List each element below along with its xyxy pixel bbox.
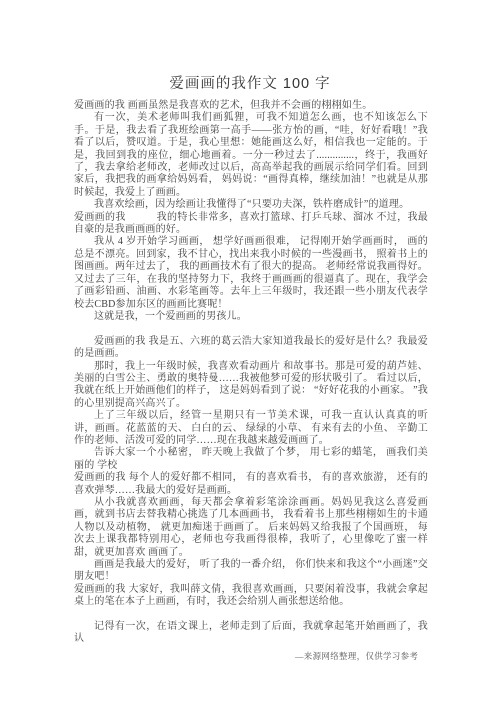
essay-paragraph: 爱画画的我 我是五、六班的葛云浩大家知道我最长的爱好是什么？我最爱的是画画。 <box>74 336 428 361</box>
essay-paragraph: 记得有一次，在语文课上，老师走到了后面，我就拿起笔开始画画了，我认 <box>74 621 428 646</box>
essay-paragraph: 画画是我最大的爱好， 听了我的一番介绍， 你们快来和我这个“小画迷”交朋友吧！ <box>74 559 428 584</box>
footer-note: —来源网络整理，仅供学习参考 <box>295 650 418 662</box>
essay-paragraph: 告诉大家一个小秘密， 昨天晚上我做了个梦， 用七彩的蜡笔， 画我们美丽的 学校 <box>74 447 428 472</box>
essay-paragraph: 那时，我上一年级时候，我喜欢看动画片 和故事书。那是可爱的葫芦娃、美丽的白雪公主… <box>74 361 428 411</box>
essay-body: 爱画画的我 画画虽然是我喜欢的艺术，但我并不会画的栩栩如生。 有一次，美术老师叫… <box>74 100 428 646</box>
page-title: 爱画画的我作文 100 字 <box>0 0 500 93</box>
essay-paragraph: 爱画画的我 画画虽然是我喜欢的艺术，但我并不会画的栩栩如生。 <box>74 100 428 112</box>
essay-paragraph: 从小我就喜欢画画，每天都会拿着彩笔涂涂画画。妈妈见我这么喜爱画画，就到书店去替我… <box>74 497 428 559</box>
essay-paragraph: 爱画画的我 我的特长非常多，喜欢打篮球、打乒乓球、溜冰 不过，我最自豪的是我画画… <box>74 212 428 237</box>
essay-paragraph: 有一次，美术老师叫我们画狐狸，可我不知道怎么画，也不知该怎么下手。于是，我去看了… <box>74 112 428 199</box>
essay-paragraph: 爱画画的我 每个人的爱好都不相同， 有的喜欢看书， 有的喜欢旅游， 还有的喜欢弹… <box>74 472 428 497</box>
essay-paragraph: 我从 4 岁开始学习画画， 想学好画画很难， 记得刚开始学画画时， 画的总是不漂… <box>74 236 428 310</box>
document-page: 爱画画的我作文 100 字 爱画画的我 画画虽然是我喜欢的艺术，但我并不会画的栩… <box>0 0 500 708</box>
essay-paragraph: 上了三年级以后，经管一星期只有一节美术课，可我一直认认真真的听讲，画画。花蓝蓝的… <box>74 410 428 447</box>
essay-paragraph: 这就是我，一个爱画画的男孩儿。 <box>74 311 428 323</box>
essay-paragraph: 我喜欢绘画，因为绘画让我懂得了“只要功夫深，铁杵磨成针”的道理。 <box>74 199 428 211</box>
essay-paragraph: 爱画画的我 大家好，我叫薛文倩，我很喜欢画画，只要闲着没事，我就会拿起桌上的笔在… <box>74 584 428 609</box>
